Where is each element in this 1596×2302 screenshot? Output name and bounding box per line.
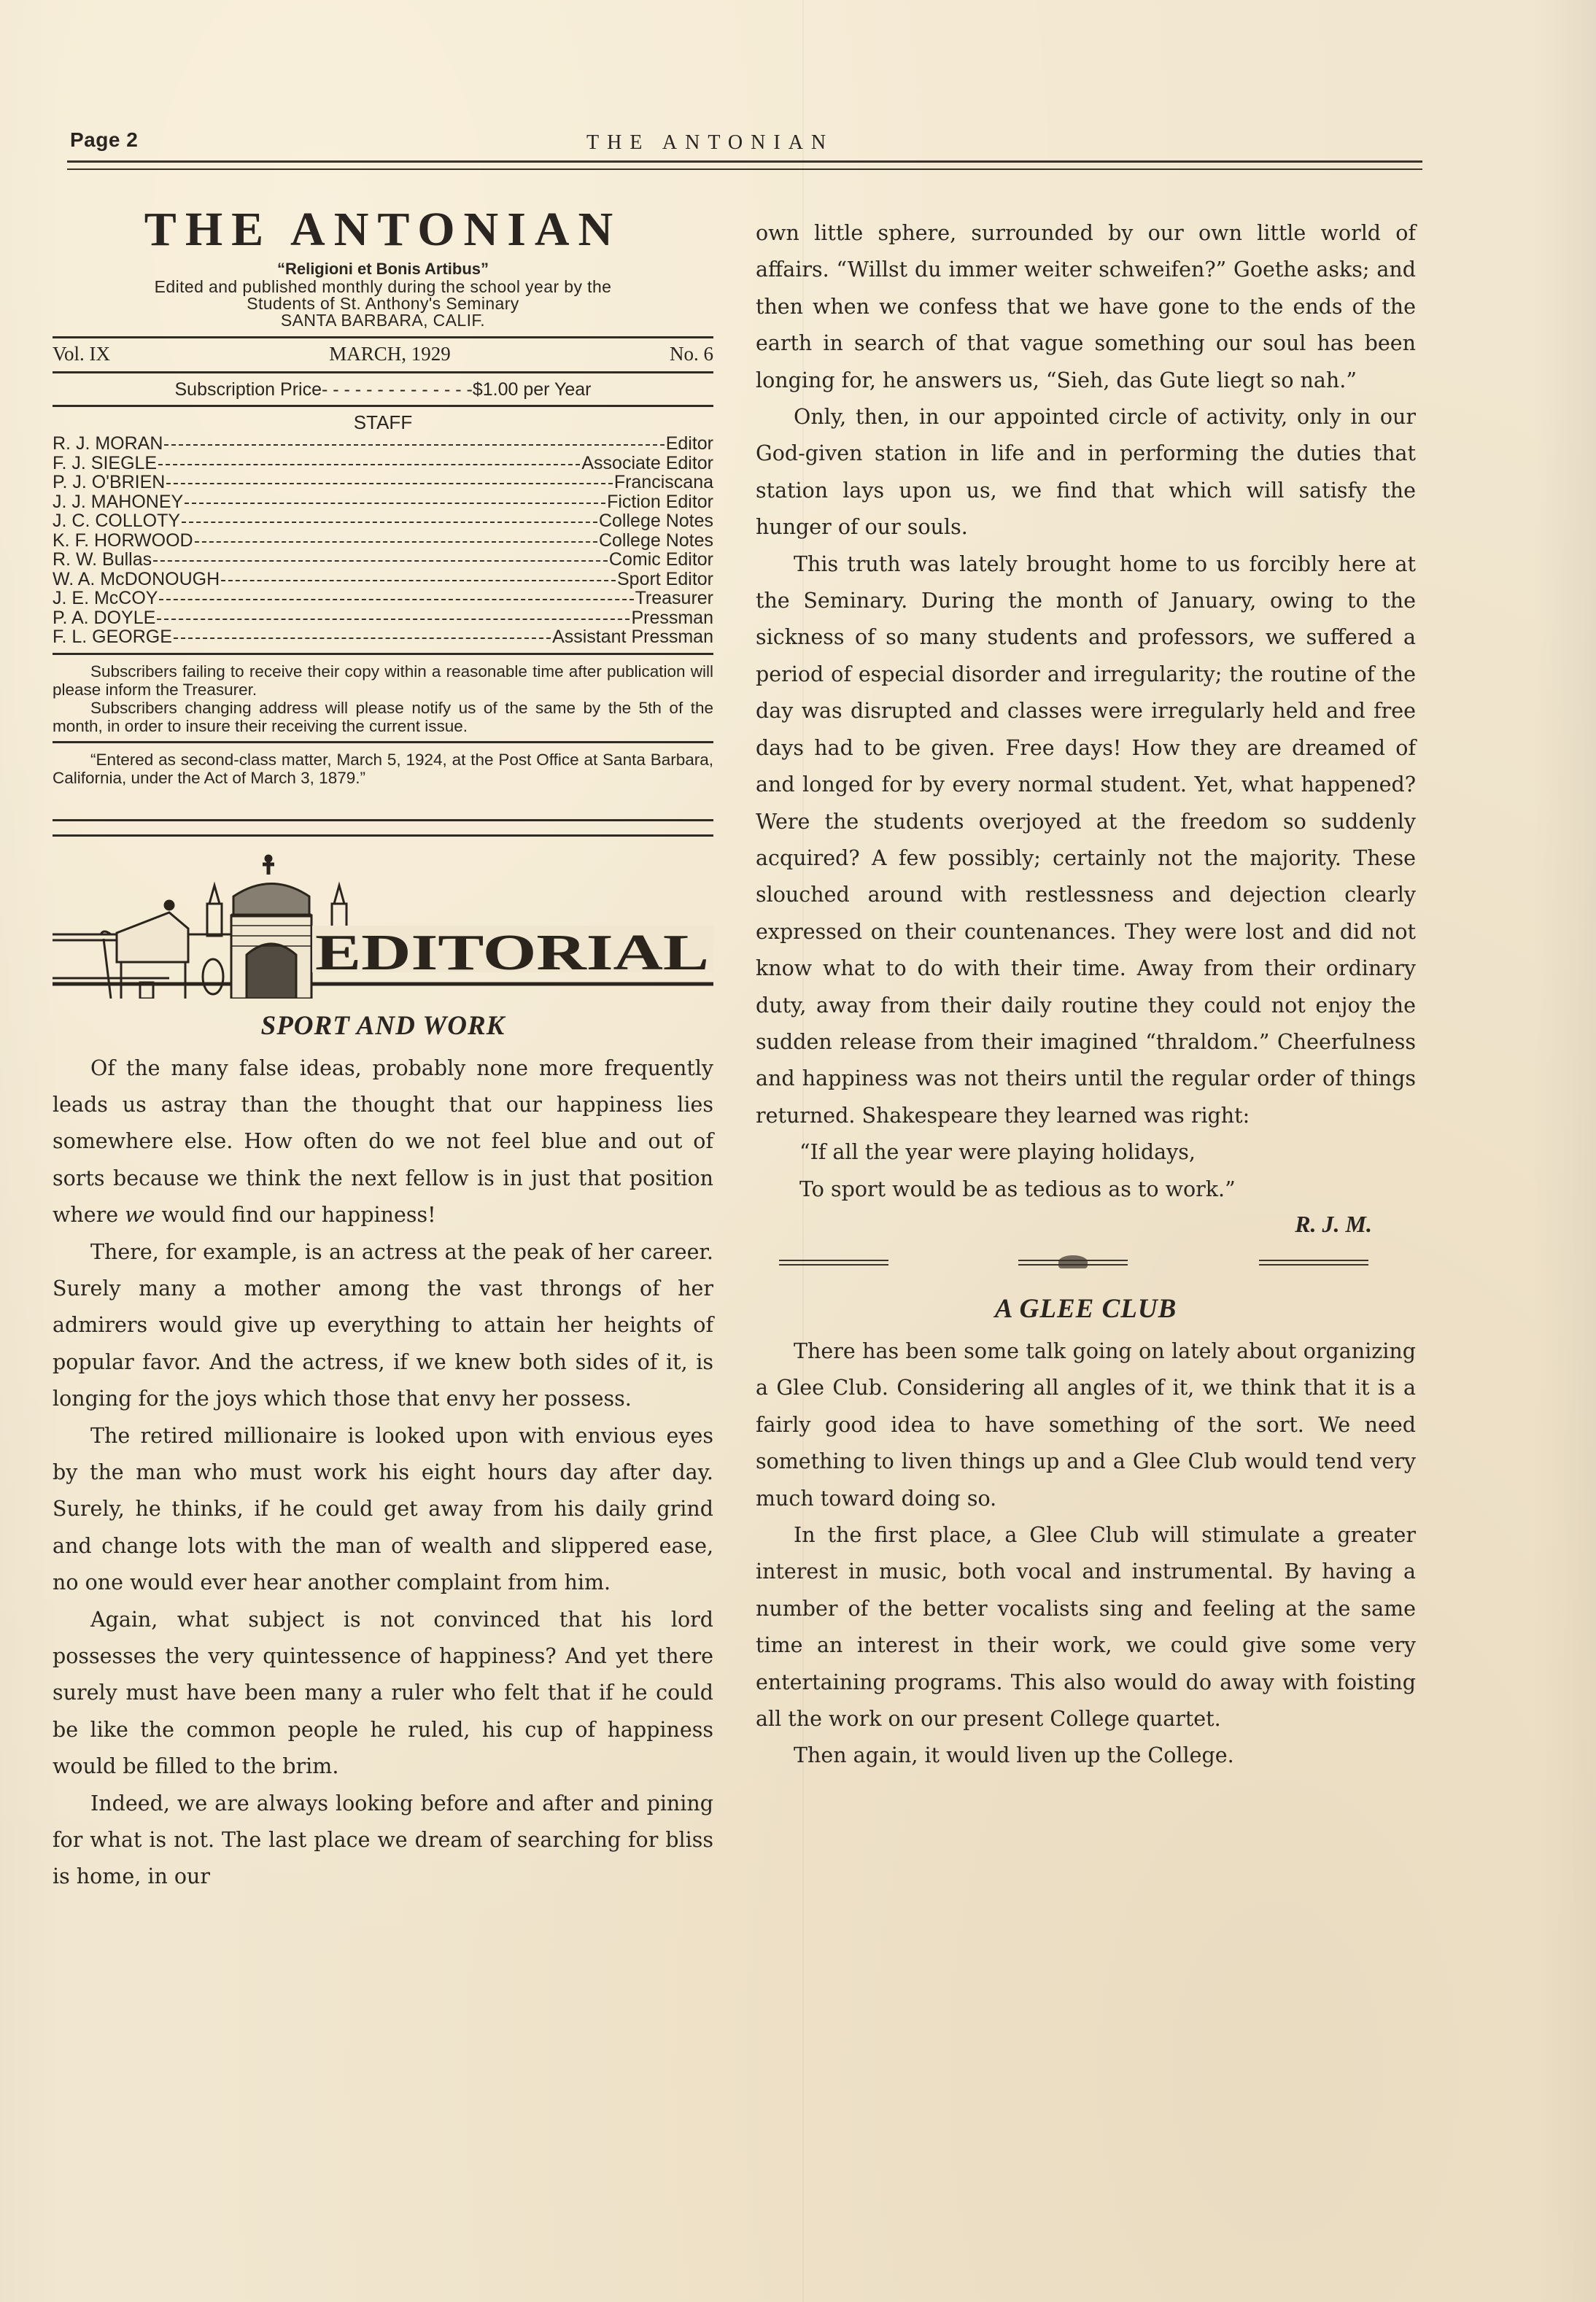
poem-line: “If all the year were playing holidays, xyxy=(756,1134,1416,1171)
staff-row: R. W. BullasComic Editor xyxy=(53,550,713,570)
dot-leader xyxy=(153,560,608,562)
emphasis: we xyxy=(125,1203,155,1227)
editorial-label: EDITORIAL xyxy=(315,925,709,981)
staff-name: P. J. O'BRIEN xyxy=(53,473,165,492)
volume: Vol. IX xyxy=(53,343,110,365)
paragraph: Indeed, we are always looking before and… xyxy=(53,1786,713,1896)
fireplace-illustration-icon: EDITORIAL xyxy=(53,853,713,999)
staff-role: College Notes xyxy=(599,531,713,551)
poem-line: To sport would be as tedious as to work.… xyxy=(756,1171,1416,1208)
staff-name: W. A. McDONOUGH xyxy=(53,570,220,589)
editorial-banner: EDITORIAL xyxy=(53,853,713,999)
dot-leader xyxy=(166,483,612,484)
dot-leader xyxy=(159,599,633,600)
issue-info: Vol. IX MARCH, 1929 No. 6 xyxy=(53,338,713,371)
ornament-bar-icon xyxy=(779,1258,888,1268)
article-body-sport-and-work: Of the many false ideas, probably none m… xyxy=(53,1050,713,1896)
staff-row: J. J. MAHONEYFiction Editor xyxy=(53,492,713,512)
staff-name: K. F. HORWOOD xyxy=(53,531,193,551)
paragraph: Again, what subject is not convinced tha… xyxy=(53,1602,713,1786)
section-ornament xyxy=(756,1252,1416,1282)
paragraph: own little sphere, surrounded by our own… xyxy=(756,215,1416,399)
issue-date: MARCH, 1929 xyxy=(329,343,451,365)
masthead-title: THE ANTONIAN xyxy=(53,206,713,254)
header-rule xyxy=(67,160,1422,170)
left-column: THE ANTONIAN “Religioni et Bonis Artibus… xyxy=(53,197,713,1896)
ornament-bar-icon xyxy=(1259,1258,1368,1268)
masthead-line-2: Students of St. Anthony's Seminary xyxy=(53,295,713,312)
dot-leader: - - - - - - - - - - - - - - xyxy=(322,379,473,400)
staff-heading: STAFF xyxy=(53,411,713,434)
staff-name: J. E. McCOY xyxy=(53,589,158,608)
staff-name: F. J. SIEGLE xyxy=(53,454,157,473)
subscription-label: Subscription Price xyxy=(175,379,322,400)
paragraph: This truth was lately brought home to us… xyxy=(756,546,1416,1135)
staff-role: Sport Editor xyxy=(617,570,713,589)
staff-row: J. E. McCOYTreasurer xyxy=(53,589,713,608)
staff-role: Comic Editor xyxy=(609,550,713,570)
issue-number: No. 6 xyxy=(670,343,713,365)
dot-leader xyxy=(185,503,605,504)
staff-name: J. J. MAHONEY xyxy=(53,492,183,512)
paragraph-text: Of the many false ideas, probably none m… xyxy=(53,1056,713,1228)
running-title: THE ANTONIAN xyxy=(586,131,834,155)
staff-name: R. W. Bullas xyxy=(53,550,152,570)
staff-name: F. L. GEORGE xyxy=(53,627,172,647)
subscription-value: $1.00 per Year xyxy=(473,379,592,400)
staff-row: J. C. COLLOTYCollege Notes xyxy=(53,511,713,531)
dot-leader xyxy=(164,444,664,446)
masthead: THE ANTONIAN “Religioni et Bonis Artibus… xyxy=(53,206,713,329)
staff-role: Pressman xyxy=(631,608,713,628)
paragraph-text: would find our happiness! xyxy=(162,1203,436,1227)
staff-row: P. A. DOYLEPressman xyxy=(53,608,713,628)
divider xyxy=(53,819,713,821)
notice-paragraph: Subscribers changing address will please… xyxy=(53,699,713,735)
paragraph: The retired millionaire is looked upon w… xyxy=(53,1418,713,1602)
staff-row: W. A. McDONOUGHSport Editor xyxy=(53,570,713,589)
dot-leader xyxy=(174,637,551,639)
staff-name: J. C. COLLOTY xyxy=(53,511,180,531)
paragraph: Only, then, in our appointed circle of a… xyxy=(756,399,1416,546)
page-number: Page 2 xyxy=(70,128,138,152)
postal-notice: “Entered as second-class matter, March 5… xyxy=(53,743,713,793)
staff-row: P. J. O'BRIENFranciscana xyxy=(53,473,713,492)
staff-role: Associate Editor xyxy=(581,454,713,473)
running-header: Page 2 THE ANTONIAN xyxy=(67,125,1422,169)
ornament-flourish-icon xyxy=(1018,1258,1128,1268)
dot-leader xyxy=(195,541,597,543)
masthead-line-3: SANTA BARBARA, CALIF. xyxy=(53,312,713,329)
staff-row: F. J. SIEGLEAssociate Editor xyxy=(53,454,713,473)
paragraph: Then again, it would liven up the Colleg… xyxy=(756,1737,1416,1774)
dot-leader xyxy=(221,580,616,581)
paragraph: There has been some talk going on lately… xyxy=(756,1333,1416,1517)
staff-role: Assistant Pressman xyxy=(552,627,713,647)
staff-row: R. J. MORANEditor xyxy=(53,434,713,454)
article-body-glee-club: There has been some talk going on lately… xyxy=(756,1333,1416,1775)
paragraph: Of the many false ideas, probably none m… xyxy=(53,1050,713,1234)
staff-name: P. A. DOYLE xyxy=(53,608,155,628)
divider xyxy=(53,405,713,407)
article-title-glee-club: A GLEE CLUB xyxy=(756,1293,1416,1325)
staff-role: College Notes xyxy=(599,511,713,531)
masthead-motto: “Religioni et Bonis Artibus” xyxy=(53,260,713,279)
signature: R. J. M. xyxy=(756,1211,1416,1238)
subscription-price: Subscription Price- - - - - - - - - - - … xyxy=(53,373,713,405)
staff-role: Franciscana xyxy=(614,473,713,492)
staff-role: Treasurer xyxy=(635,589,713,608)
staff-role: Editor xyxy=(666,434,713,454)
staff-name: R. J. MORAN xyxy=(53,434,163,454)
dot-leader xyxy=(182,522,597,523)
entry-notice: “Entered as second-class matter, March 5… xyxy=(53,751,713,787)
divider xyxy=(53,834,713,837)
article-title-sport-and-work: SPORT AND WORK xyxy=(53,1010,713,1042)
subscriber-notice: Subscribers failing to receive their cop… xyxy=(53,655,713,741)
staff-list: R. J. MORANEditor F. J. SIEGLEAssociate … xyxy=(53,434,713,647)
right-column: own little sphere, surrounded by our own… xyxy=(756,215,1416,1775)
staff-role: Fiction Editor xyxy=(607,492,713,512)
dot-leader xyxy=(158,464,580,465)
staff-row: F. L. GEORGEAssistant Pressman xyxy=(53,627,713,647)
staff-row: K. F. HORWOODCollege Notes xyxy=(53,531,713,551)
article-body-continued: own little sphere, surrounded by our own… xyxy=(756,215,1416,1208)
masthead-line-1: Edited and published monthly during the … xyxy=(53,279,713,295)
paragraph: In the first place, a Glee Club will sti… xyxy=(756,1517,1416,1737)
dot-leader xyxy=(157,619,630,620)
notice-paragraph: Subscribers failing to receive their cop… xyxy=(53,662,713,699)
paragraph: There, for example, is an actress at the… xyxy=(53,1234,713,1418)
